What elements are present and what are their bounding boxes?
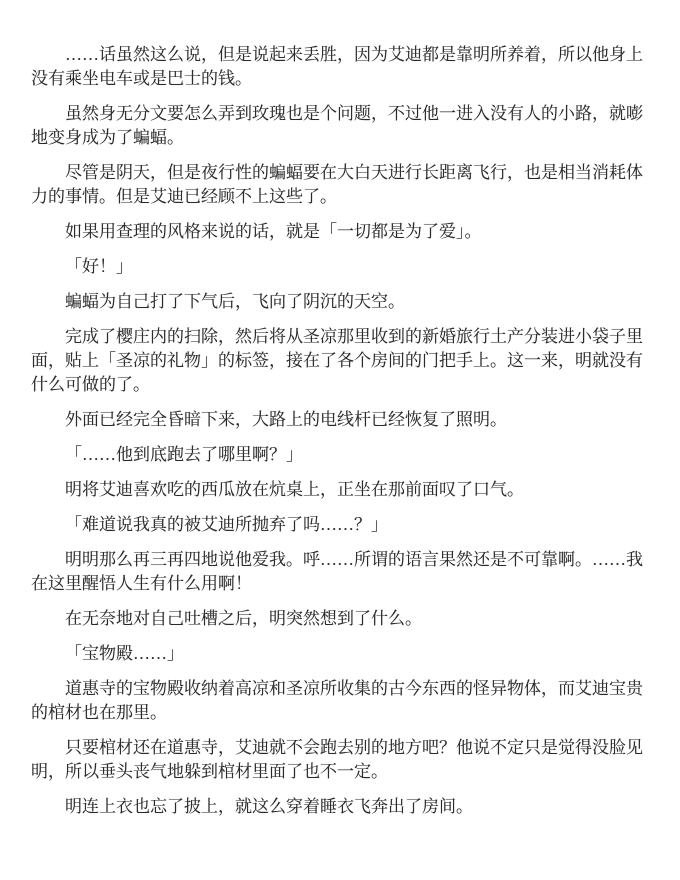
paragraph-dialogue: 「好！」 [31, 255, 643, 279]
paragraph: 如果用查理的风格来说的话，就是「一切都是为了爱」。 [31, 220, 643, 244]
paragraph: 只要棺材还在道惠寺，艾迪就不会跑去别的地方吧？他说不定只是觉得没脸见明，所以垂头… [31, 736, 643, 784]
paragraph: 蝙蝠为自己打了下气后，飞向了阴沉的天空。 [31, 290, 643, 314]
paragraph: 明明那么再三再四地说他爱我。呼……所谓的语言果然还是不可靠啊。……我在这里醒悟人… [31, 548, 643, 596]
paragraph-dialogue: 「难道说我真的被艾迪所抛弃了吗……？」 [31, 513, 643, 537]
scanned-novel-page: ……话虽然这么说，但是说起来丢胜，因为艾迪都是靠明所养着，所以他身上没有乘坐电车… [0, 0, 680, 880]
paragraph: 在无奈地对自己吐槽之后，明突然想到了什么。 [31, 607, 643, 631]
paragraph: 尽管是阴天，但是夜行性的蝙蝠要在大白天进行长距离飞行，也是相当消耗体力的事情。但… [31, 161, 643, 209]
paragraph: 明将艾迪喜欢吃的西瓜放在炕桌上，正坐在那前面叹了口气。 [31, 478, 643, 502]
body-text: ……话虽然这么说，但是说起来丢胜，因为艾迪都是靠明所养着，所以他身上没有乘坐电车… [31, 43, 643, 819]
paragraph: 外面已经完全昏暗下来，大路上的电线杆已经恢复了照明。 [31, 408, 643, 432]
paragraph: 虽然身无分文要怎么弄到玫瑰也是个问题，不过他一进入没有人的小路，就嘭地变身成为了… [31, 102, 643, 150]
paragraph: 完成了樱庄内的扫除，然后将从圣凉那里收到的新婚旅行土产分装进小袋子里面，贴上「圣… [31, 325, 643, 397]
paragraph-dialogue: 「……他到底跑去了哪里啊？」 [31, 443, 643, 467]
paragraph: ……话虽然这么说，但是说起来丢胜，因为艾迪都是靠明所养着，所以他身上没有乘坐电车… [31, 43, 643, 91]
paragraph: 道惠寺的宝物殿收纳着高凉和圣凉所收集的古今东西的怪异物体，而艾迪宝贵的棺材也在那… [31, 677, 643, 725]
paragraph-dialogue: 「宝物殿……」 [31, 642, 643, 666]
paragraph: 明连上衣也忘了披上，就这么穿着睡衣飞奔出了房间。 [31, 795, 643, 819]
